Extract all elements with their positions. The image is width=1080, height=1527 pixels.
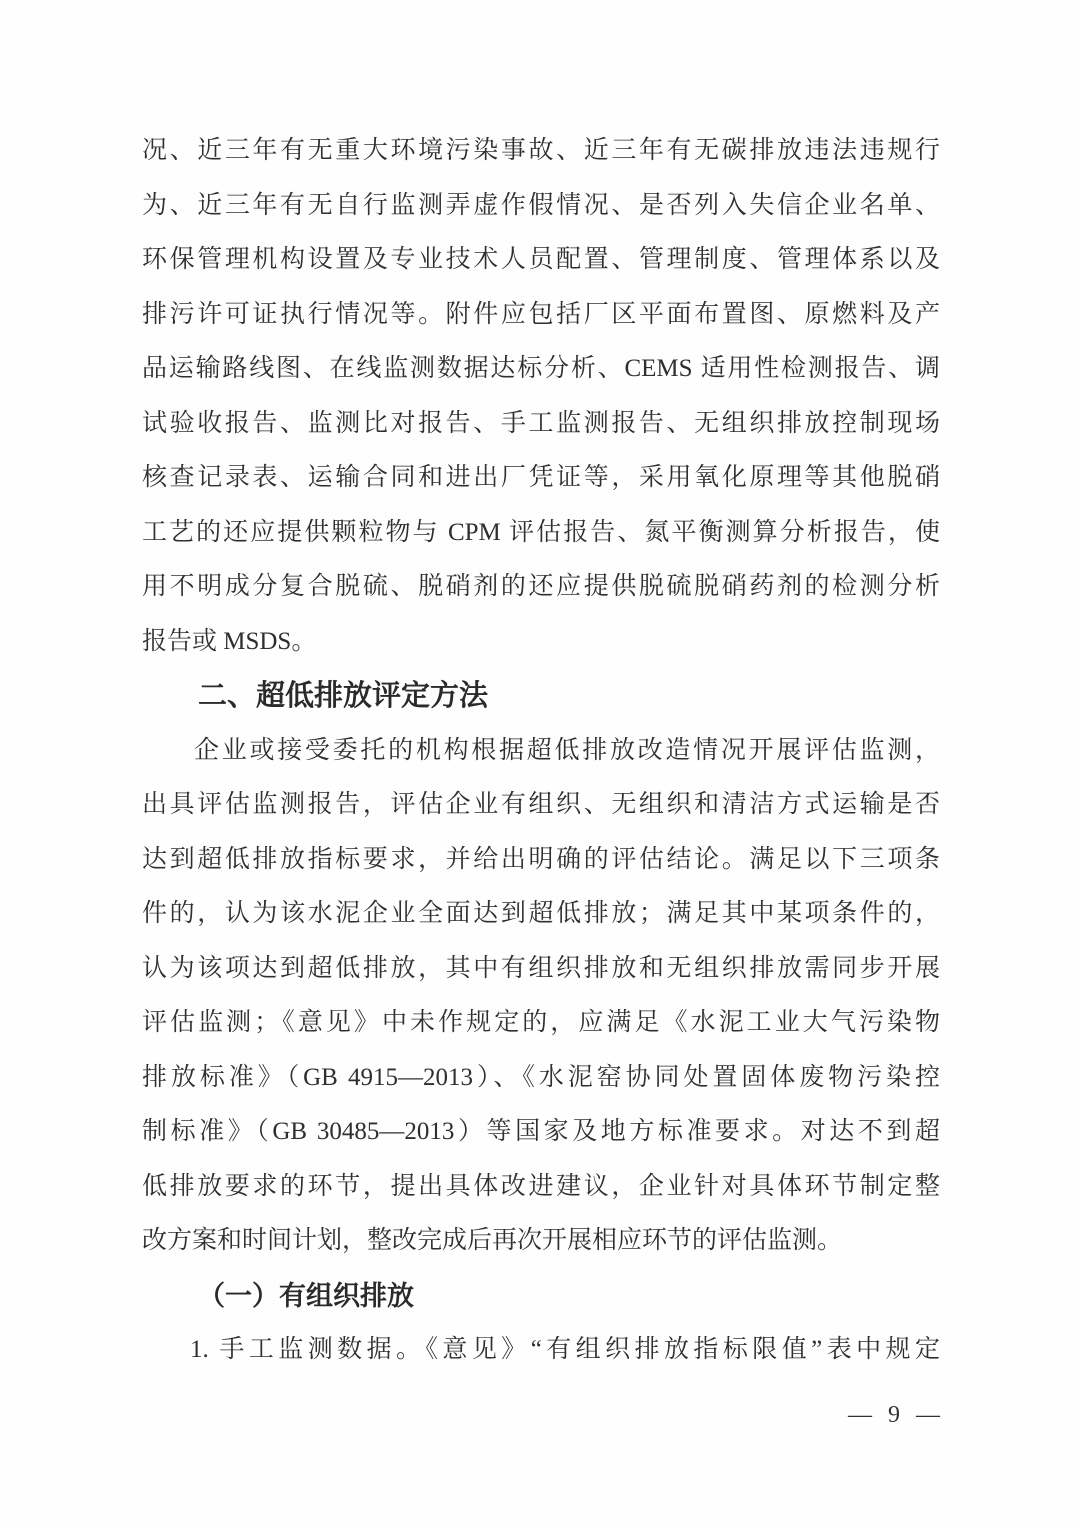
page-number: 9 [888,1398,900,1432]
paragraph-line: 排污许可证执行情况等。附件应包括厂区平面布置图、原燃料及产 [142,288,940,343]
paragraph-line: 排放标准》（GB 4915—2013）、《水泥窑协同处置固体废物污染控 [142,1051,940,1106]
page-footer: — 9 — [848,1398,940,1432]
paragraph-line: 为、近三年有无自行监测弄虚作假情况、是否列入失信企业名单、 [142,179,940,234]
paragraph-line: 达到超低排放指标要求，并给出明确的评估结论。满足以下三项条 [142,833,940,888]
paragraph-line: 况、近三年有无重大环境污染事故、近三年有无碳排放违法违规行 [142,124,940,179]
paragraph-line: 低排放要求的环节，提出具体改进建议，企业针对具体环节制定整 [142,1160,940,1215]
section-heading: 二、超低排放评定方法 [142,669,940,724]
paragraph-line: 企业或接受委托的机构根据超低排放改造情况开展评估监测， [142,724,940,779]
document-page: 况、近三年有无重大环境污染事故、近三年有无碳排放违法违规行 为、近三年有无自行监… [0,0,1080,1527]
paragraph-line: 工艺的还应提供颗粒物与 CPM 评估报告、氮平衡测算分析报告，使 [142,506,940,561]
footer-dash-left: — [848,1398,872,1432]
paragraph-line: 环保管理机构设置及专业技术人员配置、管理制度、管理体系以及 [142,233,940,288]
paragraph-line: 核查记录表、运输合同和进出厂凭证等，采用氧化原理等其他脱硝 [142,451,940,506]
paragraph-line: 认为该项达到超低排放，其中有组织排放和无组织排放需同步开展 [142,942,940,997]
paragraph-line: 试验收报告、监测比对报告、手工监测报告、无组织排放控制现场 [142,397,940,452]
paragraph-line: 改方案和时间计划，整改完成后再次开展相应环节的评估监测。 [142,1214,940,1269]
paragraph-line: 用不明成分复合脱硫、脱硝剂的还应提供脱硫脱硝药剂的检测分析 [142,560,940,615]
paragraph-line: 出具评估监测报告，评估企业有组织、无组织和清洁方式运输是否 [142,778,940,833]
footer-dash-right: — [916,1398,940,1432]
paragraph-line: 报告或 MSDS。 [142,615,940,670]
paragraph-line: 评估监测；《意见》中未作规定的，应满足《水泥工业大气污染物 [142,996,940,1051]
paragraph-line: 件的，认为该水泥企业全面达到超低排放；满足其中某项条件的， [142,887,940,942]
body-text: 况、近三年有无重大环境污染事故、近三年有无碳排放违法违规行 为、近三年有无自行监… [142,124,940,1378]
paragraph-line: 1. 手工监测数据。《意见》“有组织排放指标限值”表中规定 [142,1323,940,1378]
paragraph-line: 制标准》（GB 30485—2013）等国家及地方标准要求。对达不到超 [142,1105,940,1160]
subsection-heading: （一）有组织排放 [142,1269,940,1324]
paragraph-line: 品运输路线图、在线监测数据达标分析、CEMS 适用性检测报告、调 [142,342,940,397]
